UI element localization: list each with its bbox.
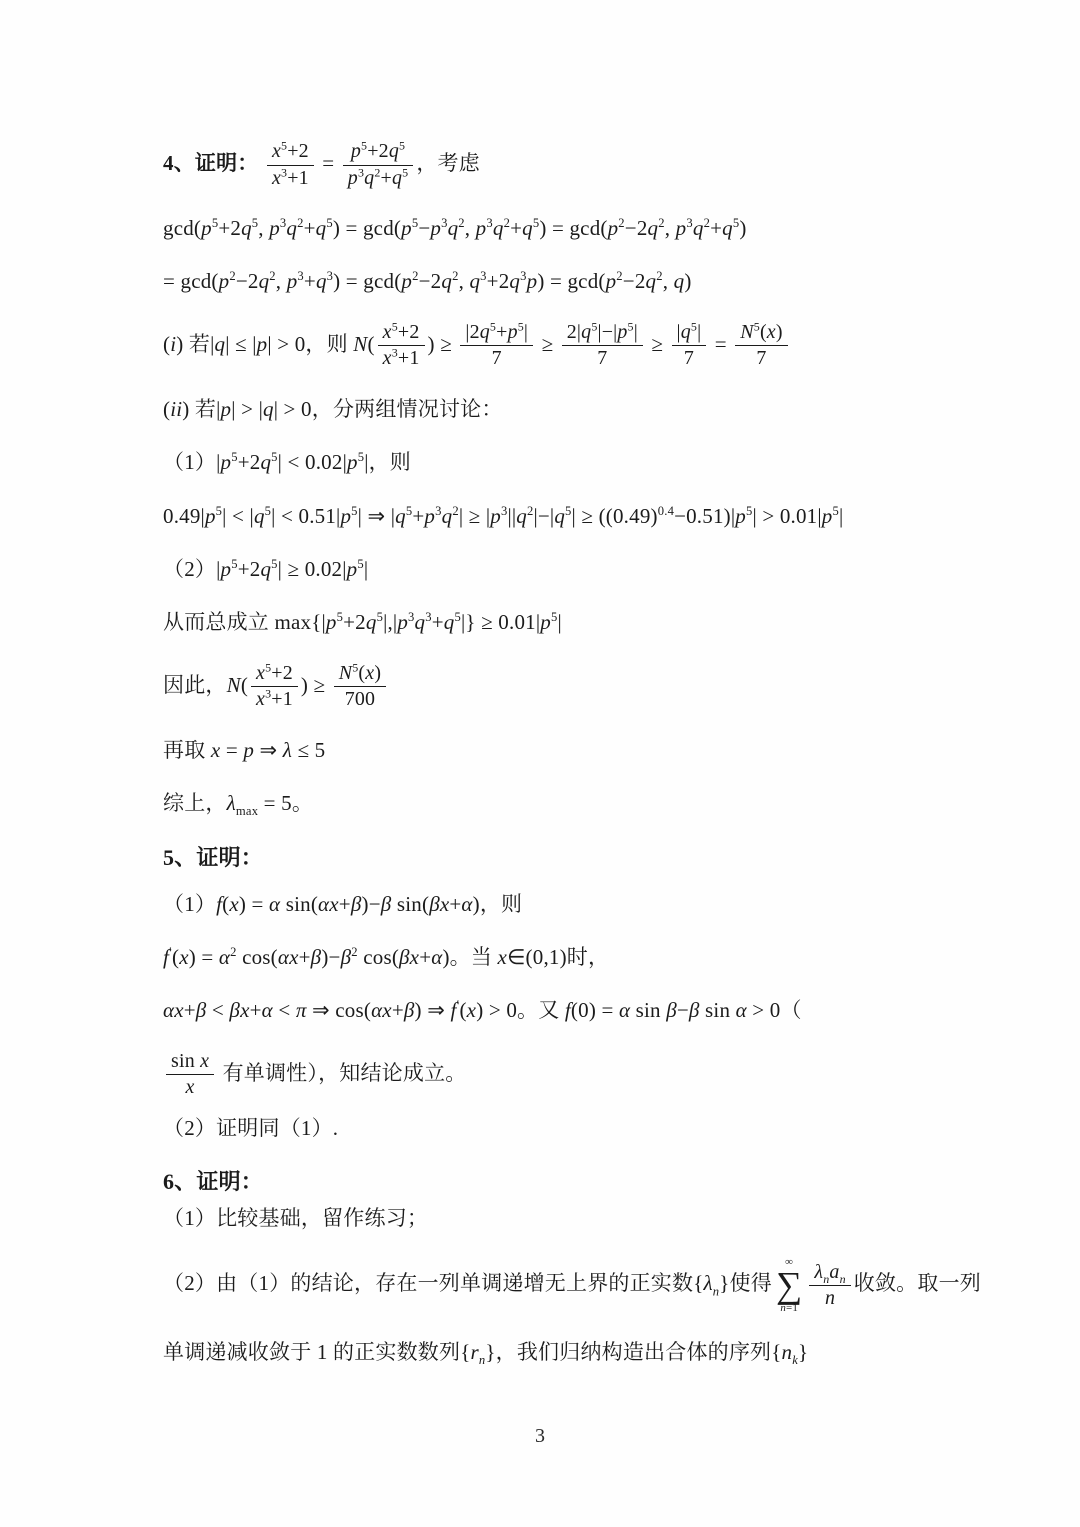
math-variable: x — [498, 945, 508, 969]
superscript: 5 — [281, 138, 287, 152]
superscript: 2 — [458, 216, 465, 230]
math-function: gcd — [363, 269, 394, 293]
math-variable: x — [272, 167, 281, 189]
math-variable: p — [243, 738, 254, 762]
document-line: = gcd(p2−2q2, p3+q3) = gcd(p2−2q2, q3+2q… — [163, 267, 953, 296]
math-variable: p — [490, 504, 501, 528]
math-function: cos — [242, 945, 271, 969]
math-variable: n — [782, 1340, 793, 1364]
math-variable: β — [311, 945, 322, 969]
superscript: 3 — [425, 610, 432, 624]
superscript: 5 — [271, 450, 278, 464]
math-variable: α — [736, 998, 747, 1022]
fraction: sin xx — [166, 1050, 214, 1100]
superscript: 5 — [565, 504, 572, 518]
math-variable: x — [365, 662, 374, 684]
superscript: 5 — [402, 165, 408, 179]
fraction: x5+2x3+1 — [378, 321, 425, 371]
fraction-denominator: 7 — [735, 346, 787, 371]
math-variable: α — [619, 998, 630, 1022]
math-variable: ii — [170, 397, 182, 421]
math-variable: p — [340, 504, 351, 528]
superscript: 5 — [490, 319, 496, 333]
superscript: 3 — [265, 687, 271, 701]
math-variable: p — [221, 450, 232, 474]
document-line: 4、证明： x5+2x3+1 = p5+2q5p3q2+q5，考虑 — [163, 140, 953, 190]
fraction-numerator: N5(x) — [334, 662, 386, 688]
math-function: max — [274, 610, 311, 634]
math-variable: p — [540, 610, 551, 634]
math-variable: p — [347, 450, 358, 474]
math-variable: x — [256, 688, 265, 710]
math-variable: p — [608, 216, 619, 240]
fraction-denominator: 7 — [672, 346, 707, 371]
document-line: gcd(p5+2q5, p3q2+q5) = gcd(p5−p3q2, p3q2… — [163, 214, 953, 243]
fraction-numerator: N5(x) — [735, 321, 787, 347]
fraction: p5+2q5p3q2+q5 — [343, 140, 414, 190]
superscript: 3 — [327, 269, 334, 283]
superscript: 5 — [231, 557, 238, 571]
superscript: 2 — [374, 165, 380, 179]
fraction-denominator: 7 — [562, 346, 643, 371]
fraction: λnann — [809, 1261, 850, 1311]
document-line: sin xx 有单调性），知结论成立。 — [163, 1050, 953, 1100]
superscript: 2 — [351, 945, 358, 959]
document-line: αx+β < βx+α < π ⇒ cos(αx+β) ⇒ f′(x) > 0。… — [163, 996, 953, 1025]
fraction-denominator: x — [166, 1075, 214, 1100]
superscript: 2 — [616, 269, 623, 283]
math-variable: q — [364, 167, 374, 189]
math-function: gcd — [363, 216, 394, 240]
section-heading: 5、证明： — [163, 843, 953, 874]
superscript: 5 — [399, 138, 405, 152]
math-variable: n — [825, 1287, 835, 1309]
superscript: 3 — [281, 165, 287, 179]
fraction: |2q5+p5|7 — [460, 321, 533, 371]
math-variable: q — [260, 450, 271, 474]
superscript: 5 — [231, 450, 238, 464]
superscript: 2 — [656, 269, 663, 283]
superscript: 3 — [480, 269, 487, 283]
superscript: 2 — [297, 216, 304, 230]
document-line: 再取 x = p ⇒ λ ≤ 5 — [163, 736, 953, 765]
math-variable: p — [221, 557, 232, 581]
superscript: 5 — [212, 216, 219, 230]
sigma-symbol: ∑ — [776, 1268, 802, 1303]
superscript: 5 — [252, 216, 259, 230]
math-variable: q — [581, 321, 591, 343]
fraction-numerator: λnan — [809, 1261, 850, 1287]
math-variable: N — [740, 321, 754, 343]
math-variable: q — [444, 610, 455, 634]
math-variable: p — [527, 269, 538, 293]
fraction-numerator: x5+2 — [267, 140, 314, 166]
math-variable: αx — [278, 945, 299, 969]
math-variable: α — [431, 945, 442, 969]
math-variable: x — [179, 945, 189, 969]
section-heading: 6、证明： — [163, 1167, 953, 1198]
math-variable: q — [674, 269, 685, 293]
math-variable: x — [383, 321, 392, 343]
math-variable: n — [713, 1285, 720, 1299]
math-variable: k — [792, 1353, 798, 1367]
fraction-denominator: x3+1 — [251, 687, 298, 712]
math-variable: β — [351, 892, 362, 916]
math-variable: α — [461, 892, 472, 916]
math-variable: α — [262, 998, 273, 1022]
fraction-numerator: |2q5+p5| — [460, 321, 533, 347]
superscript: 2 — [229, 269, 236, 283]
document-content: 4、证明： x5+2x3+1 = p5+2q5p3q2+q5，考虑gcd(p5+… — [163, 140, 953, 1391]
math-variable: αx — [371, 998, 392, 1022]
fraction-numerator: 2|q5|−|p5| — [562, 321, 643, 347]
superscript: 2 — [504, 216, 511, 230]
math-variable: q — [469, 269, 480, 293]
math-variable: q — [392, 167, 402, 189]
math-variable: p — [508, 321, 518, 343]
superscript: 5 — [412, 216, 419, 230]
math-variable: p — [401, 216, 412, 240]
document-line: (i) 若|q| ≤ |p| > 0，则 N(x5+2x3+1) ≥ |2q5+… — [163, 321, 953, 371]
summation-lower-limit: n=1 — [780, 1303, 798, 1314]
math-variable: p — [205, 504, 216, 528]
math-variable: p — [326, 610, 337, 634]
math-variable: α — [269, 892, 280, 916]
superscript: 2 — [412, 269, 419, 283]
math-variable: q — [316, 216, 327, 240]
math-variable: λ — [283, 738, 292, 762]
math-variable: p — [351, 140, 361, 162]
math-variable: n — [780, 1302, 786, 1314]
math-variable: β — [381, 892, 392, 916]
superscript: 5 — [754, 319, 760, 333]
math-variable: q — [480, 321, 490, 343]
math-variable: q — [366, 610, 377, 634]
math-variable: π — [296, 998, 307, 1022]
math-variable: x — [272, 140, 281, 162]
superscript: 5 — [746, 504, 753, 518]
document-line: 单调递减收敛于 1 的正实数数列{rn}，我们归纳构造出合体的序列{nk} — [163, 1338, 953, 1367]
fraction: 2|q5|−|p5|7 — [562, 321, 643, 371]
superscript: 5 — [628, 319, 634, 333]
math-function: gcd — [163, 216, 194, 240]
bold-label: 4、证明： — [163, 151, 259, 175]
math-variable: f — [565, 998, 571, 1022]
math-function: sin — [286, 892, 311, 916]
math-variable: β — [404, 998, 415, 1022]
superscript: 3 — [392, 346, 398, 360]
math-variable: β — [689, 998, 700, 1022]
math-variable: βx — [429, 892, 449, 916]
math-variable: p — [269, 216, 280, 240]
superscript: 5 — [832, 504, 839, 518]
fraction: x5+2x3+1 — [251, 662, 298, 712]
superscript: ′ — [169, 945, 172, 959]
document-line: (ii) 若|p| > |q| > 0，分两组情况讨论： — [163, 395, 953, 424]
math-variable: p — [476, 216, 487, 240]
superscript: 5 — [361, 138, 367, 152]
math-function: sin — [636, 998, 661, 1022]
fraction-denominator: x3+1 — [267, 166, 314, 191]
math-variable: x — [211, 738, 221, 762]
math-variable: p — [822, 504, 833, 528]
math-variable: p — [676, 216, 687, 240]
fraction-numerator: x5+2 — [378, 321, 425, 347]
superscript: 2 — [527, 504, 534, 518]
superscript: 2 — [704, 216, 711, 230]
document-line: 因此，N(x5+2x3+1) ≥ N5(x)700 — [163, 662, 953, 712]
math-variable: p — [617, 321, 627, 343]
fraction-denominator: 7 — [460, 346, 533, 371]
document-line: （1）|p5+2q5| < 0.02|p5|，则 — [163, 448, 953, 477]
superscript: 5 — [691, 319, 697, 333]
superscript: 5 — [518, 319, 524, 333]
document-page: 4、证明： x5+2x3+1 = p5+2q5p3q2+q5，考虑gcd(p5+… — [0, 0, 1080, 1527]
math-variable: x — [186, 1076, 195, 1098]
fraction: x5+2x3+1 — [267, 140, 314, 190]
document-line: 综上，λmax = 5。 — [163, 789, 953, 818]
math-variable: q — [681, 321, 691, 343]
math-variable: n — [840, 1272, 846, 1286]
subscript: n — [479, 1353, 486, 1367]
math-variable: q — [493, 216, 504, 240]
math-variable: q — [554, 504, 565, 528]
math-function: sin — [397, 892, 422, 916]
math-variable: q — [646, 269, 657, 293]
math-variable: p — [347, 557, 358, 581]
math-variable: q — [648, 216, 659, 240]
math-variable: x — [229, 892, 239, 916]
superscript: 2 — [269, 269, 276, 283]
fraction-numerator: x5+2 — [251, 662, 298, 688]
math-variable: p — [735, 504, 746, 528]
math-variable: λ — [703, 1272, 712, 1296]
document-line: （2）由（1）的结论，存在一列单调递增无上界的正实数{λn}使得∞∑n=1λna… — [163, 1257, 953, 1314]
math-variable: βx — [229, 998, 249, 1022]
math-variable: q — [442, 504, 453, 528]
math-variable: α — [219, 945, 230, 969]
math-variable: β — [196, 998, 207, 1022]
superscript: 5 — [337, 610, 344, 624]
math-variable: αx — [318, 892, 339, 916]
superscript: 5 — [733, 216, 740, 230]
math-variable: q — [215, 332, 226, 356]
math-variable: q — [395, 504, 406, 528]
math-function: cos — [335, 998, 364, 1022]
subscript: n — [713, 1285, 720, 1299]
math-variable: q — [259, 269, 270, 293]
fraction: N5(x)7 — [735, 321, 787, 371]
math-variable: a — [829, 1261, 839, 1283]
math-variable: x — [256, 662, 265, 684]
math-variable: N — [353, 332, 367, 356]
math-variable: q — [415, 610, 426, 634]
document-line: f′(x) = α2 cos(αx+β)−β2 cos(βx+α)。当 x∈(0… — [163, 943, 953, 972]
superscript: 2 — [452, 269, 459, 283]
fraction-denominator: n — [809, 1286, 850, 1311]
superscript: 5 — [454, 610, 461, 624]
fraction-denominator: x3+1 — [378, 346, 425, 371]
math-variable: p — [430, 216, 441, 240]
math-variable: f — [216, 892, 222, 916]
document-line: 从而总成立 max{|p5+2q5|,|p3q3+q5|} ≥ 0.01|p5| — [163, 608, 953, 637]
superscript: 2 — [452, 504, 459, 518]
math-variable: p — [257, 332, 268, 356]
superscript: 5 — [406, 504, 413, 518]
math-variable: p — [287, 269, 298, 293]
math-variable: p — [201, 216, 212, 240]
math-function: cos — [363, 945, 392, 969]
math-variable: βx — [399, 945, 419, 969]
math-variable: q — [286, 216, 297, 240]
document-line: （1）比较基础，留作练习； — [163, 1204, 953, 1233]
subscript: max — [236, 805, 258, 819]
math-variable: q — [389, 140, 399, 162]
math-function: sin — [705, 998, 730, 1022]
math-variable: p — [221, 397, 232, 421]
math-variable: p — [424, 504, 435, 528]
superscript: 5 — [377, 610, 384, 624]
math-variable: x — [767, 321, 776, 343]
superscript: 5 — [352, 660, 358, 674]
superscript: 0.4 — [658, 504, 674, 518]
superscript: 5 — [326, 216, 333, 230]
math-variable: p — [397, 610, 408, 634]
superscript: ′ — [456, 998, 459, 1012]
subscript: k — [792, 1353, 798, 1367]
subscript: n — [840, 1272, 846, 1286]
math-variable: q — [509, 269, 520, 293]
math-variable: x — [200, 1050, 209, 1072]
math-variable: r — [470, 1340, 478, 1364]
fraction-denominator: 700 — [334, 687, 386, 712]
page-number: 3 — [0, 1425, 1080, 1448]
superscript: 5 — [265, 504, 272, 518]
superscript: 5 — [216, 504, 223, 518]
math-variable: p — [401, 269, 412, 293]
math-variable: q — [693, 216, 704, 240]
superscript: 5 — [271, 557, 278, 571]
superscript: 5 — [265, 660, 271, 674]
superscript: 2 — [658, 216, 665, 230]
math-variable: p — [219, 269, 230, 293]
document-line: （2）|p5+2q5| ≥ 0.02|p5| — [163, 555, 953, 584]
math-variable: λ — [814, 1261, 823, 1283]
math-variable: q — [316, 269, 327, 293]
math-variable: αx — [163, 998, 184, 1022]
fraction-numerator: p5+2q5 — [343, 140, 414, 166]
math-variable: n — [479, 1353, 486, 1367]
math-variable: λ — [227, 791, 236, 815]
math-variable: p — [348, 167, 358, 189]
math-variable: q — [516, 504, 527, 528]
fraction-numerator: sin x — [166, 1050, 214, 1076]
superscript: 5 — [551, 610, 558, 624]
math-variable: N — [339, 662, 353, 684]
fraction-denominator: p3q2+q5 — [343, 166, 414, 191]
math-function: gcd — [569, 216, 600, 240]
summation: ∞∑n=1 — [776, 1257, 802, 1314]
math-function: max — [236, 805, 258, 819]
fraction: N5(x)700 — [334, 662, 386, 712]
superscript: 5 — [357, 557, 364, 571]
math-variable: N — [227, 673, 241, 697]
superscript: 3 — [501, 504, 508, 518]
math-variable: x — [467, 998, 477, 1022]
math-variable: q — [241, 216, 252, 240]
math-variable: q — [722, 216, 733, 240]
document-line: 0.49|p5| < |q5| < 0.51|p5| ⇒ |q5+p3q2| ≥… — [163, 502, 953, 531]
math-function: gcd — [567, 269, 598, 293]
math-function: sin — [171, 1050, 195, 1072]
superscript: 3 — [297, 269, 304, 283]
superscript: 5 — [591, 319, 597, 333]
superscript: 5 — [392, 319, 398, 333]
superscript: 2 — [618, 216, 625, 230]
superscript: 5 — [358, 450, 365, 464]
math-variable: q — [263, 397, 274, 421]
math-variable: x — [383, 347, 392, 369]
superscript: 2 — [230, 945, 237, 959]
document-line: （1）f(x) = α sin(αx+β)−β sin(βx+α)，则 — [163, 890, 953, 919]
math-function: gcd — [181, 269, 212, 293]
math-variable: q — [522, 216, 533, 240]
math-variable: q — [448, 216, 459, 240]
math-variable: q — [260, 557, 271, 581]
math-variable: q — [254, 504, 265, 528]
math-variable: i — [170, 332, 176, 356]
fraction-numerator: |q5| — [672, 321, 707, 347]
fraction: |q5|7 — [672, 321, 707, 371]
math-variable: q — [441, 269, 452, 293]
math-variable: p — [606, 269, 617, 293]
superscript: 5 — [533, 216, 540, 230]
math-variable: β — [341, 945, 352, 969]
superscript: 5 — [351, 504, 358, 518]
math-variable: β — [666, 998, 677, 1022]
document-line: （2）证明同（1）. — [163, 1114, 953, 1143]
